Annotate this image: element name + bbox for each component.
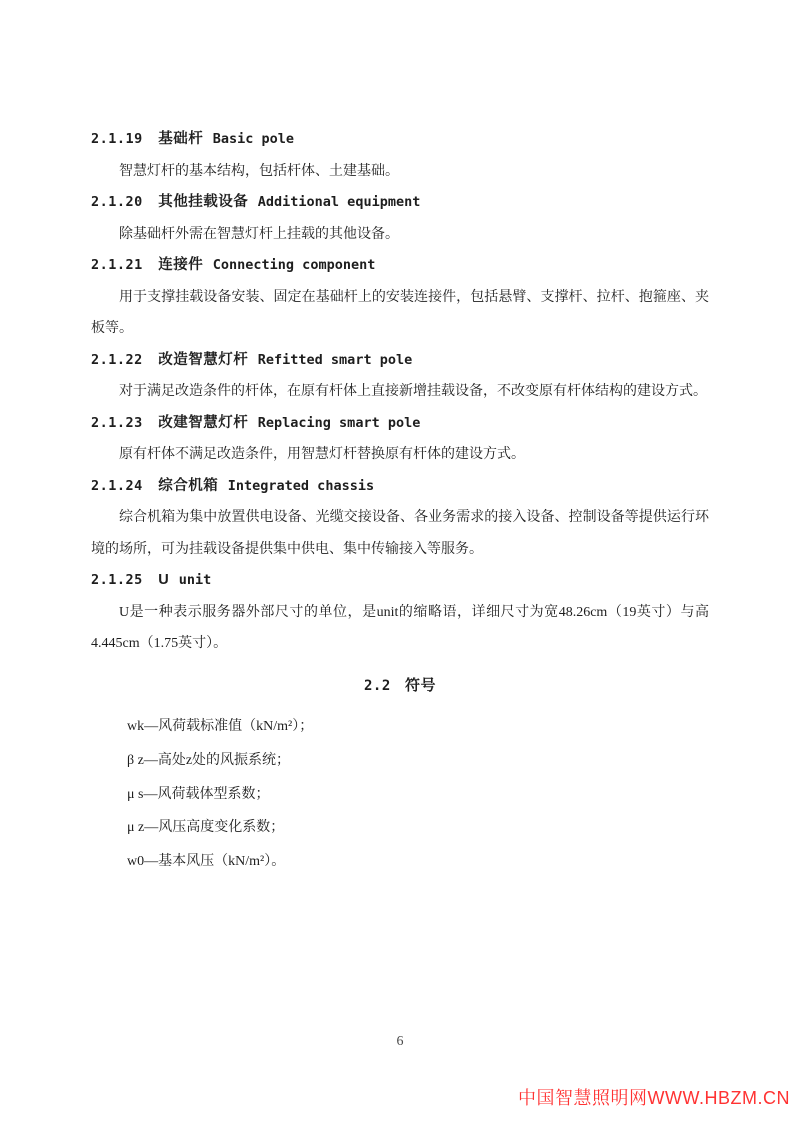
term-name-zh: 基础杆 <box>158 131 203 147</box>
term-name-zh: U <box>158 572 169 588</box>
term-heading-basic-pole: 2.1.19 基础杆 Basic pole <box>91 124 709 156</box>
term-heading-connecting-component: 2.1.21 连接件 Connecting component <box>91 250 709 282</box>
symbol-wk: wk—风荷载标准值（kN/m²）； <box>127 710 709 744</box>
term-name-zh: 改造智慧灯杆 <box>158 352 248 368</box>
term-heading-integrated-chassis: 2.1.24 综合机箱 Integrated chassis <box>91 471 709 503</box>
section-title: 符号 <box>405 677 436 694</box>
symbols-list: wk—风荷载标准值（kN/m²）； β z—高处z处的风振系统； μ s—风荷载… <box>91 710 709 879</box>
term-name-zh: 其他挂载设备 <box>158 194 248 210</box>
watermark-text: 中国智慧照明网WWW.HBZM.CN <box>518 1084 790 1110</box>
document-page: 2.1.19 基础杆 Basic pole 智慧灯杆的基本结构，包括杆体、土建基… <box>0 0 800 1131</box>
term-name-en: Basic pole <box>213 131 294 147</box>
term-number: 2.1.25 <box>91 572 143 588</box>
symbol-w0: w0—基本风压（kN/m²）。 <box>127 845 709 879</box>
term-number: 2.1.20 <box>91 194 143 210</box>
symbol-beta-z: β z—高处z处的风振系统； <box>127 744 709 778</box>
term-name-en: Refitted smart pole <box>258 352 412 368</box>
term-heading-refitted-smart-pole: 2.1.22 改造智慧灯杆 Refitted smart pole <box>91 345 709 377</box>
term-number: 2.1.21 <box>91 257 143 273</box>
term-name-en: Integrated chassis <box>228 478 374 494</box>
term-number: 2.1.19 <box>91 131 143 147</box>
term-heading-replacing-smart-pole: 2.1.23 改建智慧灯杆 Replacing smart pole <box>91 408 709 440</box>
symbol-mu-s: μ s—风荷载体型系数； <box>127 778 709 812</box>
term-definition: 智慧灯杆的基本结构，包括杆体、土建基础。 <box>91 156 709 188</box>
section-heading-symbols: 2.2 符号 <box>91 670 709 703</box>
term-name-en: Additional equipment <box>258 194 421 210</box>
term-definition: U是一种表示服务器外部尺寸的单位，是unit的缩略语，详细尺寸为宽48.26cm… <box>91 597 709 660</box>
symbol-mu-z: μ z—风压高度变化系数； <box>127 811 709 845</box>
document-content: 2.1.19 基础杆 Basic pole 智慧灯杆的基本结构，包括杆体、土建基… <box>0 0 800 879</box>
term-number: 2.1.24 <box>91 478 143 494</box>
term-heading-u-unit: 2.1.25 U unit <box>91 565 709 597</box>
term-name-zh: 连接件 <box>158 257 203 273</box>
term-name-en: Replacing smart pole <box>258 415 421 431</box>
term-name-en: Connecting component <box>213 257 376 273</box>
term-definition: 除基础杆外需在智慧灯杆上挂载的其他设备。 <box>91 219 709 251</box>
term-definition: 对于满足改造条件的杆体，在原有杆体上直接新增挂载设备，不改变原有杆体结构的建设方… <box>91 376 709 408</box>
term-number: 2.1.23 <box>91 415 143 431</box>
section-number: 2.2 <box>364 678 391 694</box>
term-name-zh: 综合机箱 <box>158 478 218 494</box>
page-number: 6 <box>0 1034 800 1050</box>
term-heading-additional-equipment: 2.1.20 其他挂载设备 Additional equipment <box>91 187 709 219</box>
term-definition: 用于支撑挂载设备安装、固定在基础杆上的安装连接件，包括悬臂、支撑杆、拉杆、抱箍座… <box>91 282 709 345</box>
term-definition: 综合机箱为集中放置供电设备、光缆交接设备、各业务需求的接入设备、控制设备等提供运… <box>91 502 709 565</box>
term-definition: 原有杆体不满足改造条件，用智慧灯杆替换原有杆体的建设方式。 <box>91 439 709 471</box>
term-number: 2.1.22 <box>91 352 143 368</box>
term-name-en: unit <box>179 572 212 588</box>
term-name-zh: 改建智慧灯杆 <box>158 415 248 431</box>
